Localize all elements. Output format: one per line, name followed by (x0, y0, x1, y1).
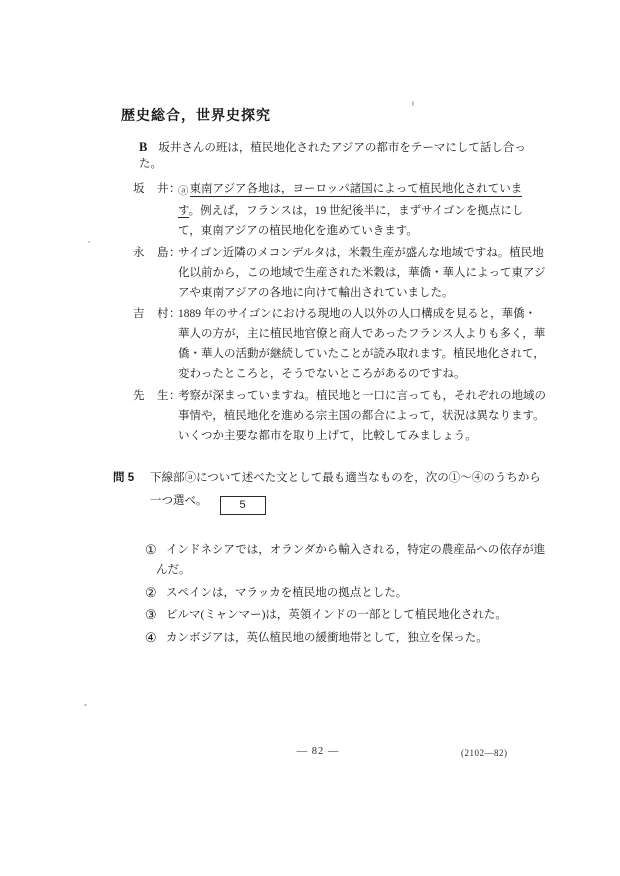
dialogue-line: 事情や，植民地化を進める宗主国の都合によって，状況は異なります。 (178, 407, 546, 427)
speech-text: 考察が深まっていますね。植民地と一口に言っても，それぞれの地域の 事情や，植民地… (178, 387, 546, 447)
option-line: ビルマ(ミャンマー)は，英領インドの一部として植民地化された。 (166, 605, 535, 625)
option-4: ④ カンボジアは，英仏植民地の緩衝地帯として，独立を保った。 (145, 628, 535, 648)
option-line: んだ。 (156, 560, 535, 580)
option-4-marker: ④ (145, 628, 157, 648)
dialogue-line: 考察が深まっていますね。植民地と一口に言っても，それぞれの地域の (178, 387, 546, 407)
dialogue-line: ⓐ東南アジア各地は，ヨーロッパ諸国によって植民地化されていま (178, 180, 529, 202)
scan-speck (84, 704, 87, 706)
option-2-marker: ② (145, 583, 157, 603)
question-text: 下線部ⓐについて述べた文として最も適当なものを，次の①～④のうちから (150, 468, 541, 488)
speaker-name: 吉 村： (133, 305, 178, 385)
section-intro: B坂井さんの班は，植民地化されたアジアの都市をテーマにして話し合った。 (139, 139, 539, 172)
options-list: ① インドネシアでは，オランダから輸入される，特定の農産品への依存が進 んだ。 … (145, 540, 535, 650)
circled-a-marker: ⓐ (178, 186, 189, 197)
page-number: — 82 — (0, 746, 620, 757)
section-intro-text: 坂井さんの班は，植民地化されたアジアの都市をテーマにして話し合った。 (139, 142, 526, 170)
option-line: スペインは，マラッカを植民地の拠点とした。 (166, 583, 535, 603)
dialogue-line: サイゴン近隣のメコンデルタは，米穀生産が盛んな地域ですね。植民地 (178, 244, 546, 264)
dialogue-line: 僑・華人の活動が継続していたことが読み取れます。植民地化されて， (178, 345, 545, 365)
question-text-cont: 一つ選べ。 (150, 495, 208, 507)
exam-page: 歴史総合，世界史探究 B坂井さんの班は，植民地化されたアジアの都市をテーマにして… (0, 0, 620, 876)
speaker-name: 坂 井： (133, 180, 178, 242)
option-2: ② スペインは，マラッカを植民地の拠点とした。 (145, 583, 535, 603)
option-line: インドネシアでは，オランダから輸入される，特定の農産品への依存が進 (166, 540, 535, 560)
page-title: 歴史総合，世界史探究 (121, 105, 271, 125)
dialogue-turn-teacher: 先 生： 考察が深まっていますね。植民地と一口に言っても，それぞれの地域の 事情… (133, 387, 529, 447)
speech-text: サイゴン近隣のメコンデルタは，米穀生産が盛んな地域ですね。植民地 化以前から，こ… (178, 244, 546, 304)
option-line: カンボジアは，英仏植民地の緩衝地帯として，独立を保った。 (166, 628, 535, 648)
dialogue-line: す。例えば，フランスは，19 世紀後半に，まずサイゴンを拠点にし (178, 202, 529, 222)
speaker-name: 先 生： (133, 387, 178, 447)
dialogue-turn-nagashima: 永 島： サイゴン近隣のメコンデルタは，米穀生産が盛んな地域ですね。植民地 化以… (133, 244, 529, 304)
document-code: (2102—82) (461, 748, 508, 758)
dialogue-line: 1889 年のサイゴンにおける現地の人以外の人口構成を見ると，華僑・ (178, 305, 545, 325)
dialogue-line: いくつか主要な都市を取り上げて，比較してみましょう。 (178, 427, 546, 447)
dialogue-line: 化以前から，この地域で生産された米穀は，華僑・華人によって東アジ (178, 264, 546, 284)
dialogue-line-text: 。例えば，フランスは，19 世紀後半に，まずサイゴンを拠点にし (189, 205, 524, 217)
dialogue-line: て，東南アジアの植民地化を進めていきます。 (178, 222, 529, 242)
underlined-text: 東南アジア各地は，ヨーロッパ諸国によって植民地化されていま (190, 183, 523, 197)
option-3: ③ ビルマ(ミャンマー)は，英領インドの一部として植民地化された。 (145, 605, 535, 625)
option-1-marker: ① (145, 540, 157, 560)
answer-box: 5 (220, 496, 266, 515)
dialogue-turn-sakai: 坂 井： ⓐ東南アジア各地は，ヨーロッパ諸国によって植民地化されていま す。例え… (133, 180, 529, 242)
dialogue-line: 変わったところと，そうでないところがあるのですね。 (178, 365, 545, 385)
option-3-marker: ③ (145, 605, 157, 625)
speech-text: ⓐ東南アジア各地は，ヨーロッパ諸国によって植民地化されていま す。例えば，フラン… (178, 180, 529, 242)
dialogue-turn-yoshimura: 吉 村： 1889 年のサイゴンにおける現地の人以外の人口構成を見ると，華僑・ … (133, 305, 529, 385)
underlined-text: す (178, 205, 189, 219)
scan-speck (88, 241, 90, 243)
speech-text: 1889 年のサイゴンにおける現地の人以外の人口構成を見ると，華僑・ 華人の方が… (178, 305, 545, 385)
speaker-name: 永 島： (133, 244, 178, 304)
option-1: ① インドネシアでは，オランダから輸入される，特定の農産品への依存が進 んだ。 (145, 540, 535, 580)
scan-speck (412, 101, 414, 106)
dialogue-section: 坂 井： ⓐ東南アジア各地は，ヨーロッパ諸国によって植民地化されていま す。例え… (133, 180, 529, 449)
dialogue-line: アや東南アジアの各地に向けて輸出されていました。 (178, 284, 546, 304)
dialogue-line: 華人の方が，主に植民地官僚と商人であったフランス人よりも多く，華 (178, 325, 545, 345)
section-label: B (139, 140, 147, 154)
question-5: 問 5 下線部ⓐについて述べた文として最も適当なものを，次の①～④のうちから 一… (113, 468, 533, 515)
question-label: 問 5 (113, 468, 150, 488)
